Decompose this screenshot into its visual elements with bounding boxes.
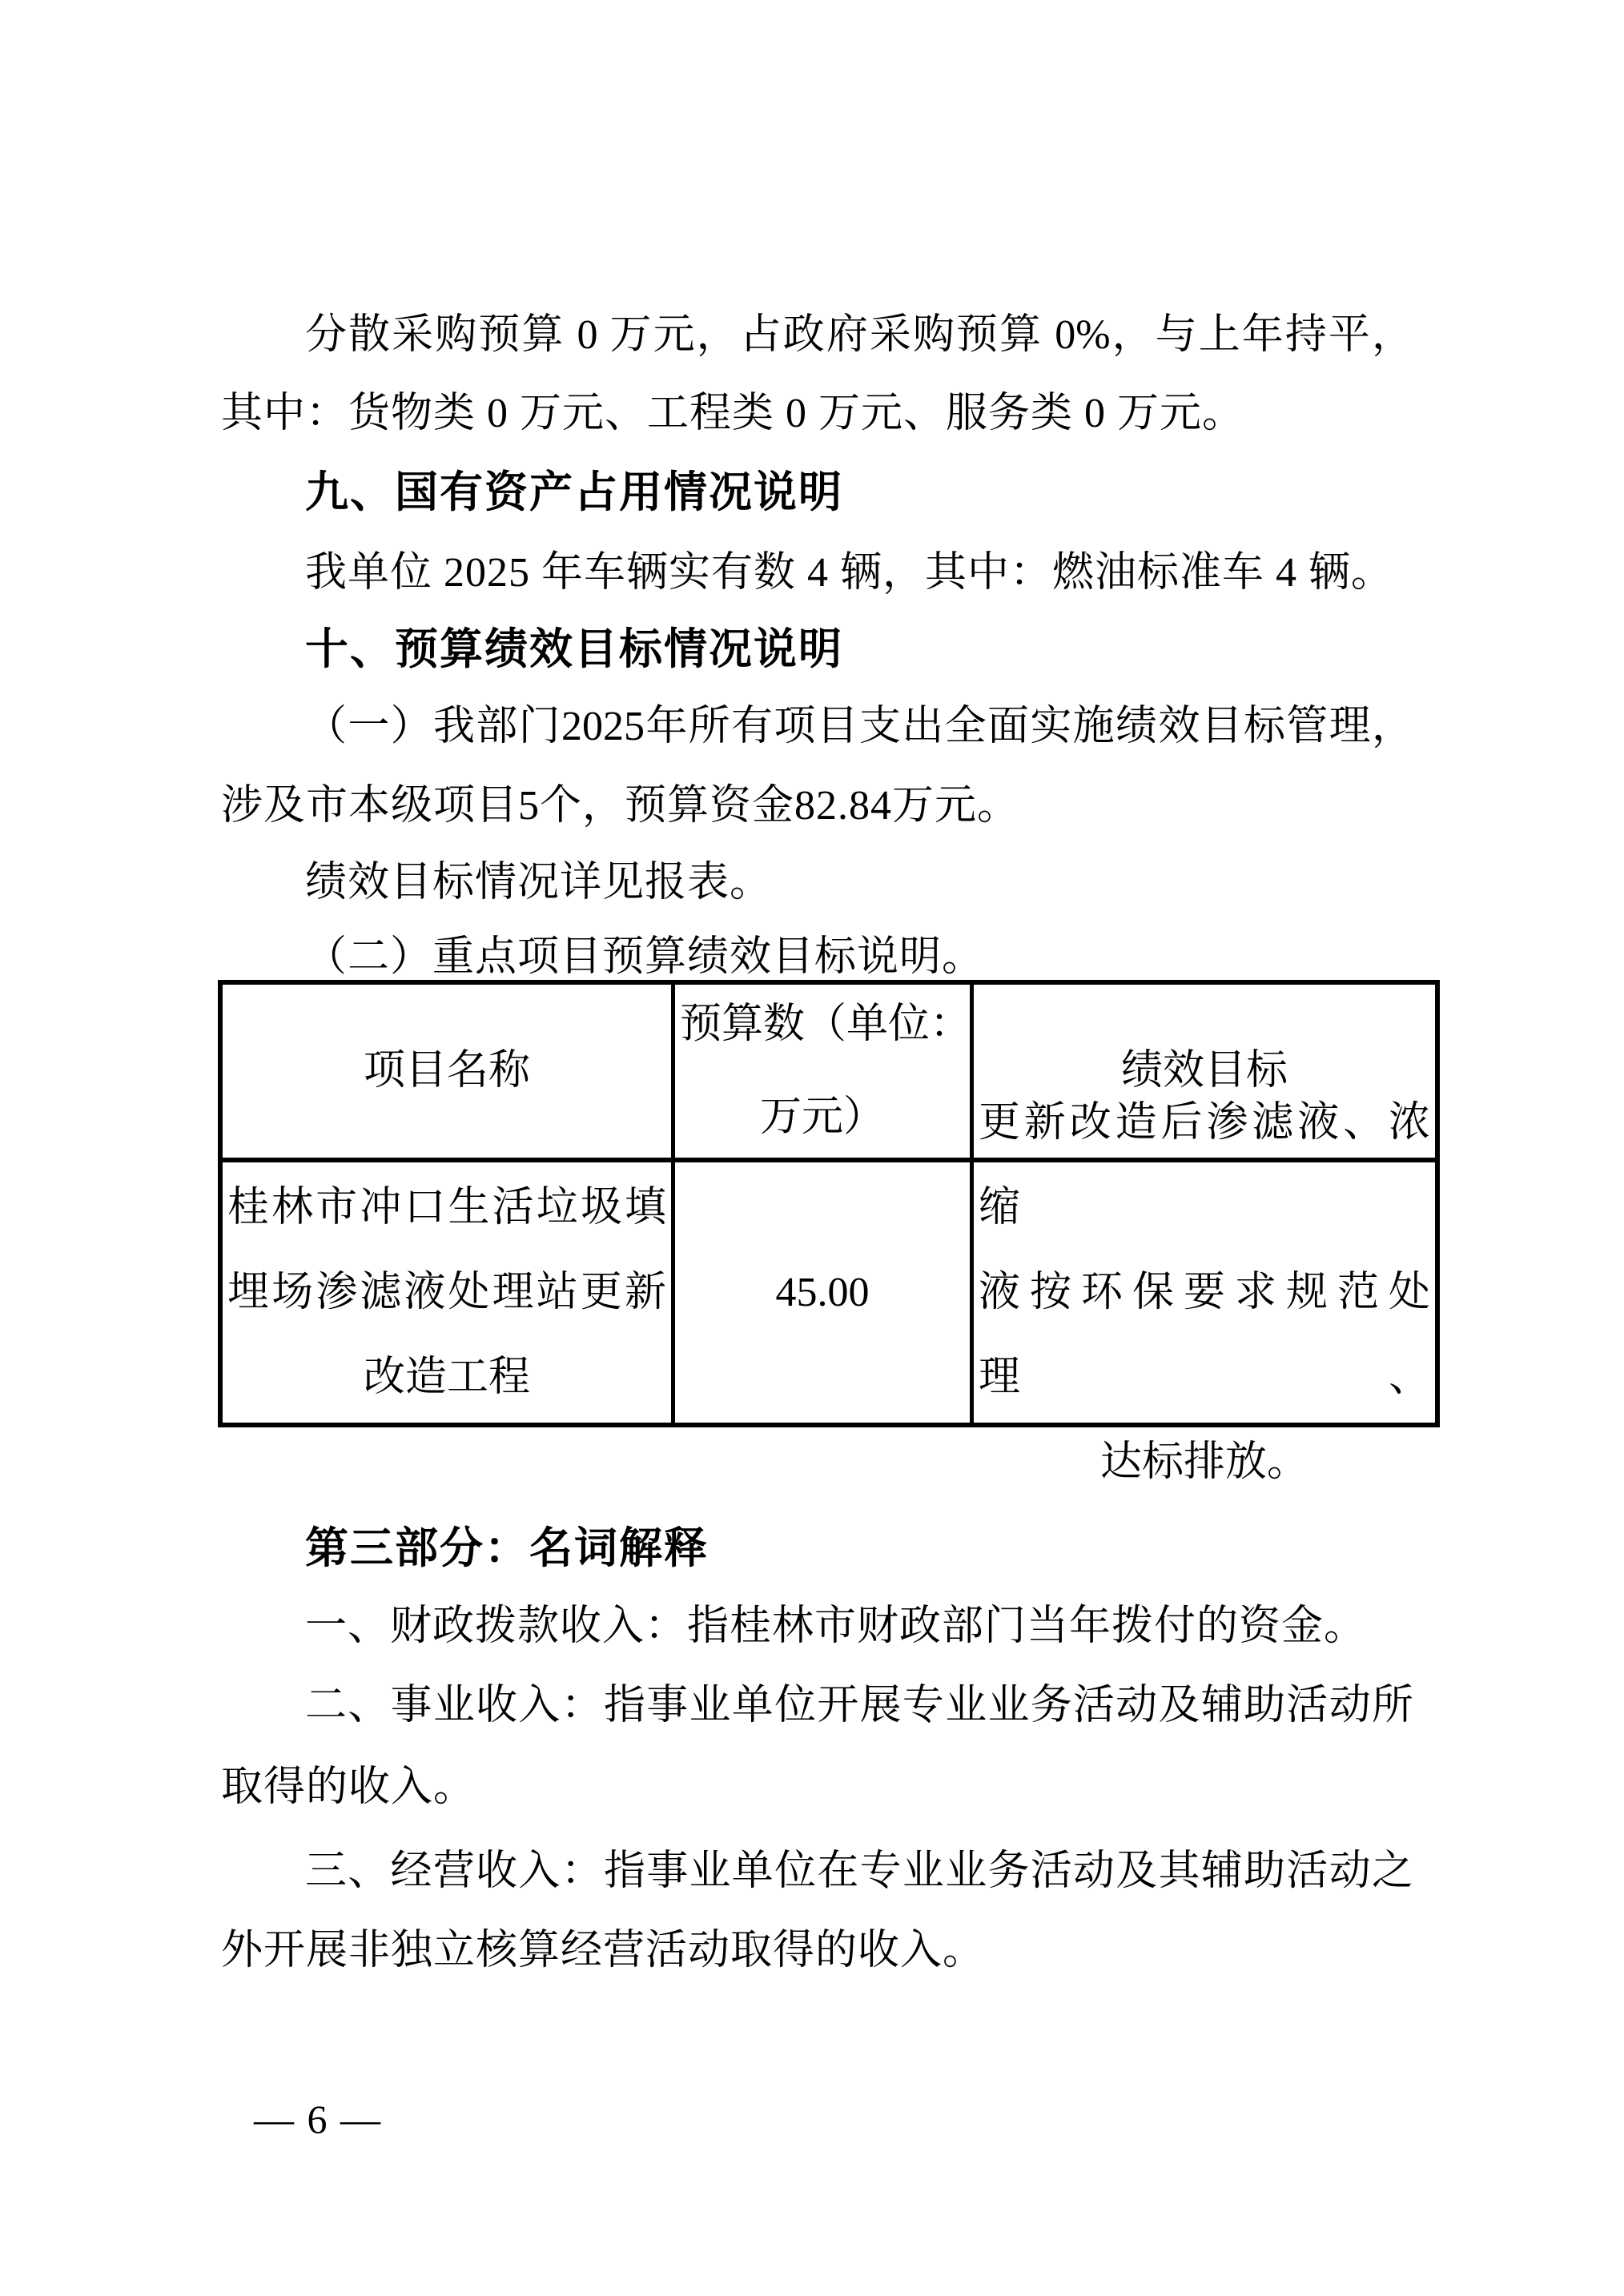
paragraph-performance-line4: （二）重点项目预算绩效目标说明。 <box>305 933 984 981</box>
project-name-line2: 埋场渗滤液处理站更新 <box>227 1250 666 1335</box>
target-line2: 液按环保要求规范处理、 <box>979 1250 1430 1420</box>
glossary-line5: 外开展非独立核算经营活动取得的收入。 <box>221 1927 985 1975</box>
page-number: — 6 — <box>254 2096 382 2142</box>
paragraph-procurement-line2: 其中：货物类 0 万元、工程类 0 万元、服务类 0 万元。 <box>221 390 1244 438</box>
section-heading-9: 九、国有资产占用情况说明 <box>305 468 843 517</box>
table-header-project-name: 项目名称 <box>223 985 671 1158</box>
paragraph-procurement-line1: 分散采购预算 0 万元，占政府采购预算 0%，与上年持平， <box>305 311 1413 359</box>
paragraph-performance-line3: 绩效目标情况详见报表。 <box>305 859 772 907</box>
section-heading-part3: 第三部分：名词解释 <box>305 1523 709 1573</box>
section-heading-10: 十、预算绩效目标情况说明 <box>305 624 843 674</box>
budget-value: 45.00 <box>680 1250 965 1335</box>
paragraph-state-assets: 我单位 2025 年车辆实有数 4 辆，其中：燃油标准车 4 辆。 <box>305 549 1393 597</box>
table-header-budget-line1: 预算数（单位： <box>680 978 965 1071</box>
table-header-budget-line2: 万元） <box>680 1071 965 1164</box>
project-name-line1: 桂林市冲口生活垃圾填 <box>227 1166 666 1250</box>
glossary-line4: 三、经营收入：指事业单位在专业业务活动及其辅助活动之 <box>305 1848 1413 1896</box>
table-cell-project-name: 桂林市冲口生活垃圾填 埋场渗滤液处理站更新 改造工程 <box>223 1162 671 1423</box>
table-header-budget: 预算数（单位： 万元） <box>675 985 970 1158</box>
table-header-project-name-text: 项目名称 <box>227 1029 666 1114</box>
glossary-line2: 二、事业收入：指事业单位开展专业业务活动及辅助活动所 <box>305 1682 1413 1730</box>
paragraph-performance-line2: 涉及市本级项目5个，预算资金82.84万元。 <box>221 782 1019 830</box>
table-cell-budget: 45.00 <box>675 1162 970 1423</box>
target-line1: 更新改造后渗滤液、浓缩 <box>979 1081 1430 1250</box>
glossary-line1: 一、财政拨款收入：指桂林市财政部门当年拨付的资金。 <box>305 1603 1366 1651</box>
document-page: 分散采购预算 0 万元，占政府采购预算 0%，与上年持平， 其中：货物类 0 万… <box>0 0 1624 2296</box>
key-project-performance-table: 项目名称 预算数（单位： 万元） 绩效目标 桂林市冲口生活垃圾填 埋场渗滤液处理… <box>218 980 1440 1427</box>
table-cell-performance-target: 更新改造后渗滤液、浓缩 液按环保要求规范处理、 达标排放。 <box>974 1162 1435 1423</box>
project-name-line3: 改造工程 <box>227 1335 666 1420</box>
glossary-line3: 取得的收入。 <box>221 1764 476 1812</box>
target-line3: 达标排放。 <box>979 1420 1430 1505</box>
paragraph-performance-line1: （一）我部门2025年所有项目支出全面实施绩效目标管理， <box>305 703 1413 751</box>
